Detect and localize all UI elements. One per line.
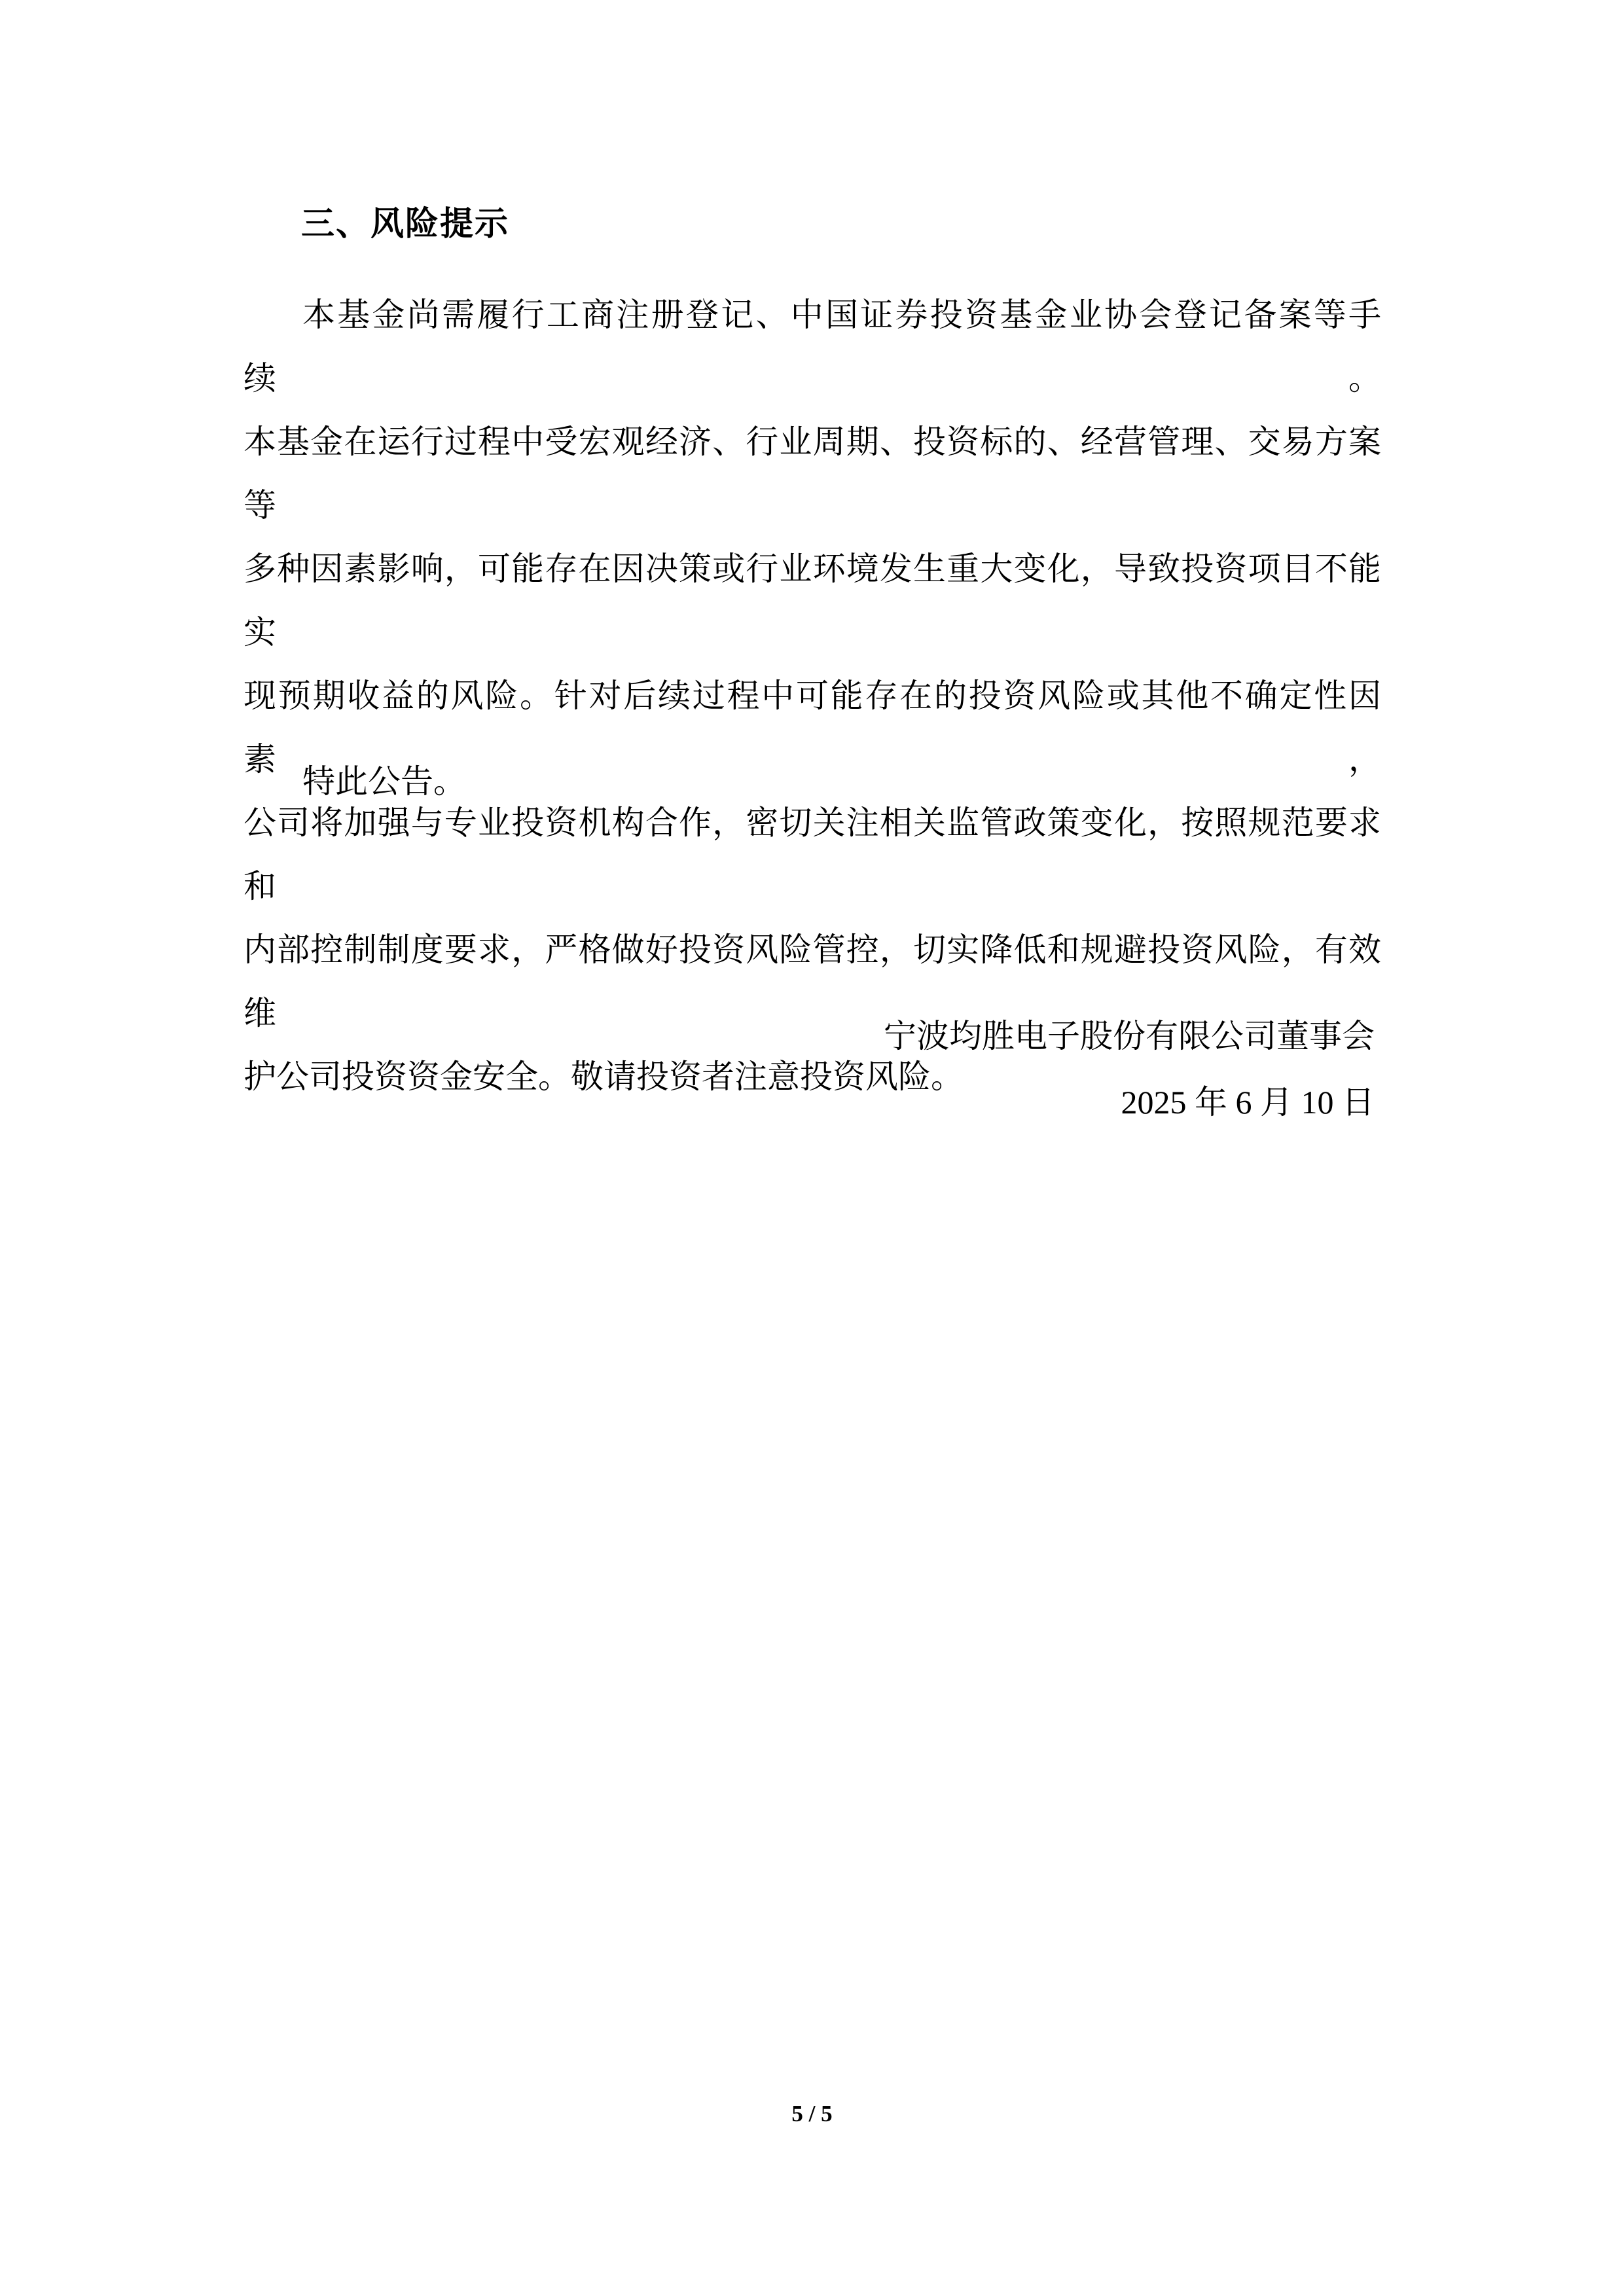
paragraph-line: 本基金在运行过程中受宏观经济、行业周期、投资标的、经营管理、交易方案等 [244,410,1381,537]
paragraph-line: 多种因素影响，可能存在因决策或行业环境发生重大变化，导致投资项目不能实 [244,537,1381,664]
signature-date: 2025 年 6 月 10 日 [244,1069,1375,1136]
signature-company: 宁波均胜电子股份有限公司董事会 [244,1003,1375,1069]
closing-statement: 特此公告。 [244,750,1381,814]
signature-block: 宁波均胜电子股份有限公司董事会 2025 年 6 月 10 日 [244,1003,1375,1136]
document-page: 三、风险提示 本基金尚需履行工商注册登记、中国证券投资基金业协会登记备案等手续。… [0,0,1624,2296]
paragraph-line: 本基金尚需履行工商注册登记、中国证券投资基金业协会登记备案等手续。 [244,283,1381,410]
section-heading: 三、风险提示 [301,205,509,244]
page-number: 5 / 5 [0,2100,1624,2128]
risk-paragraph: 本基金尚需履行工商注册登记、中国证券投资基金业协会登记备案等手续。 本基金在运行… [244,283,1381,1109]
